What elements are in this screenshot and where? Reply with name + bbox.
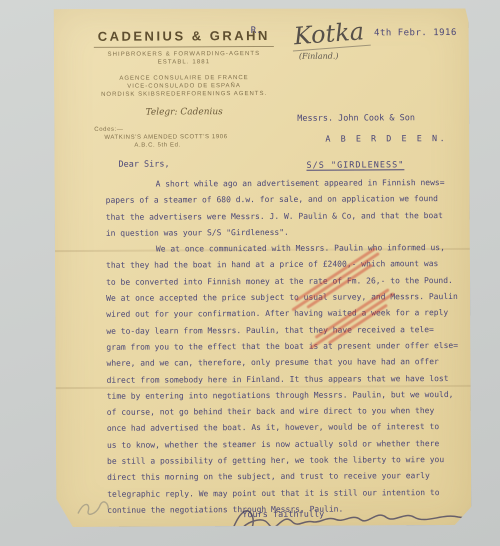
letter-body-line: we to-day learn from Messrs. Paulin, tha… [106,322,470,340]
letter-body-line: papers of a steamer of 680 d.w. for sale… [106,191,470,209]
recipient-name: Messrs. John Cook & Son [297,113,447,124]
letter-body-line: telegraphic reply. We may point out that… [107,485,471,503]
letterhead: CADENIUS & GRAHN SHIPBROKERS & FORWARDIN… [94,28,275,150]
telegraph-address: Telegr: Cadenius [94,107,274,118]
recipient-block: Messrs. John Cook & Son A B E R D E E N. [297,113,447,145]
letter-body-line: wired out for your confirmation. After h… [106,305,470,323]
company-subtitle: SHIPBROKERS & FORWARDING-AGENTS [94,51,274,58]
place-date-line: Kotka4th Febr. 1916 [292,19,457,49]
consular-lines: AGENCE CONSULAIRE DE FRANCE VICE-CONSULA… [94,74,274,99]
letter-body-line: that the advertisers were Messrs. J. W. … [106,208,470,226]
salutation: Dear Sirs, [118,159,169,169]
letter-body-line: time by entering into negotiations throu… [107,387,471,405]
letter-body-line: where, and we can, therefore, only presu… [106,354,470,372]
reference-mark: R. [251,26,262,36]
letter-date: 4th Febr. 1916 [374,28,457,38]
letter-body-line: direct from somebody here in Finland. It… [107,370,471,388]
country-note: (Finland.) [299,52,339,61]
letter-body-line: to be converted into Finnish money at th… [106,273,470,291]
established-line: ESTABL. 1881 [94,59,274,66]
letter-body-line: direct this morning on the subject, and … [107,468,471,486]
valediction: Yours faithfully [242,510,324,520]
letter-body: A short while ago an advertisement appea… [106,175,472,519]
letter-paper: CADENIUS & GRAHN SHIPBROKERS & FORWARDIN… [54,7,472,527]
scan-background: { "letterhead": { "company": "CADENIUS &… [0,0,500,546]
recipient-city: A B E R D E E N. [325,134,447,145]
letter-body-line: We at once accepted the price subject to… [106,289,470,307]
letter-body-line: that they had the boat in hand at a pric… [106,256,470,274]
letter-body-line: We at once communicated with Messrs. Pau… [106,240,470,258]
codes-line-2: A.B.C. 5th Ed. [134,141,274,150]
company-name: CADENIUS & GRAHN [94,28,274,48]
letter-body-line: be still a possibility of getting her, w… [107,452,471,470]
letter-body-line: A short while ago an advertisement appea… [106,175,470,193]
letter-body-line: of course, not go behind their back and … [107,403,471,421]
codes-block: Codes:— WATKINS'S AMENDED SCOTT'S 1906 A… [94,125,274,150]
place-script: Kotka [291,17,371,52]
letter-body-line: gram from you to the effect that the boa… [106,338,470,356]
letter-body-line: in question was your S/S "Girdleness". [106,224,470,242]
consular-line-3: NORDISK SKIBSREDERFORENINGS AGENTS. [94,90,274,99]
subject-line: S/S "GIRDLENESS" [306,160,404,171]
letter-body-line: once had advertised the boat. As it, how… [107,419,471,437]
letter-body-line: us to know, whether the steamer is now a… [107,436,471,454]
